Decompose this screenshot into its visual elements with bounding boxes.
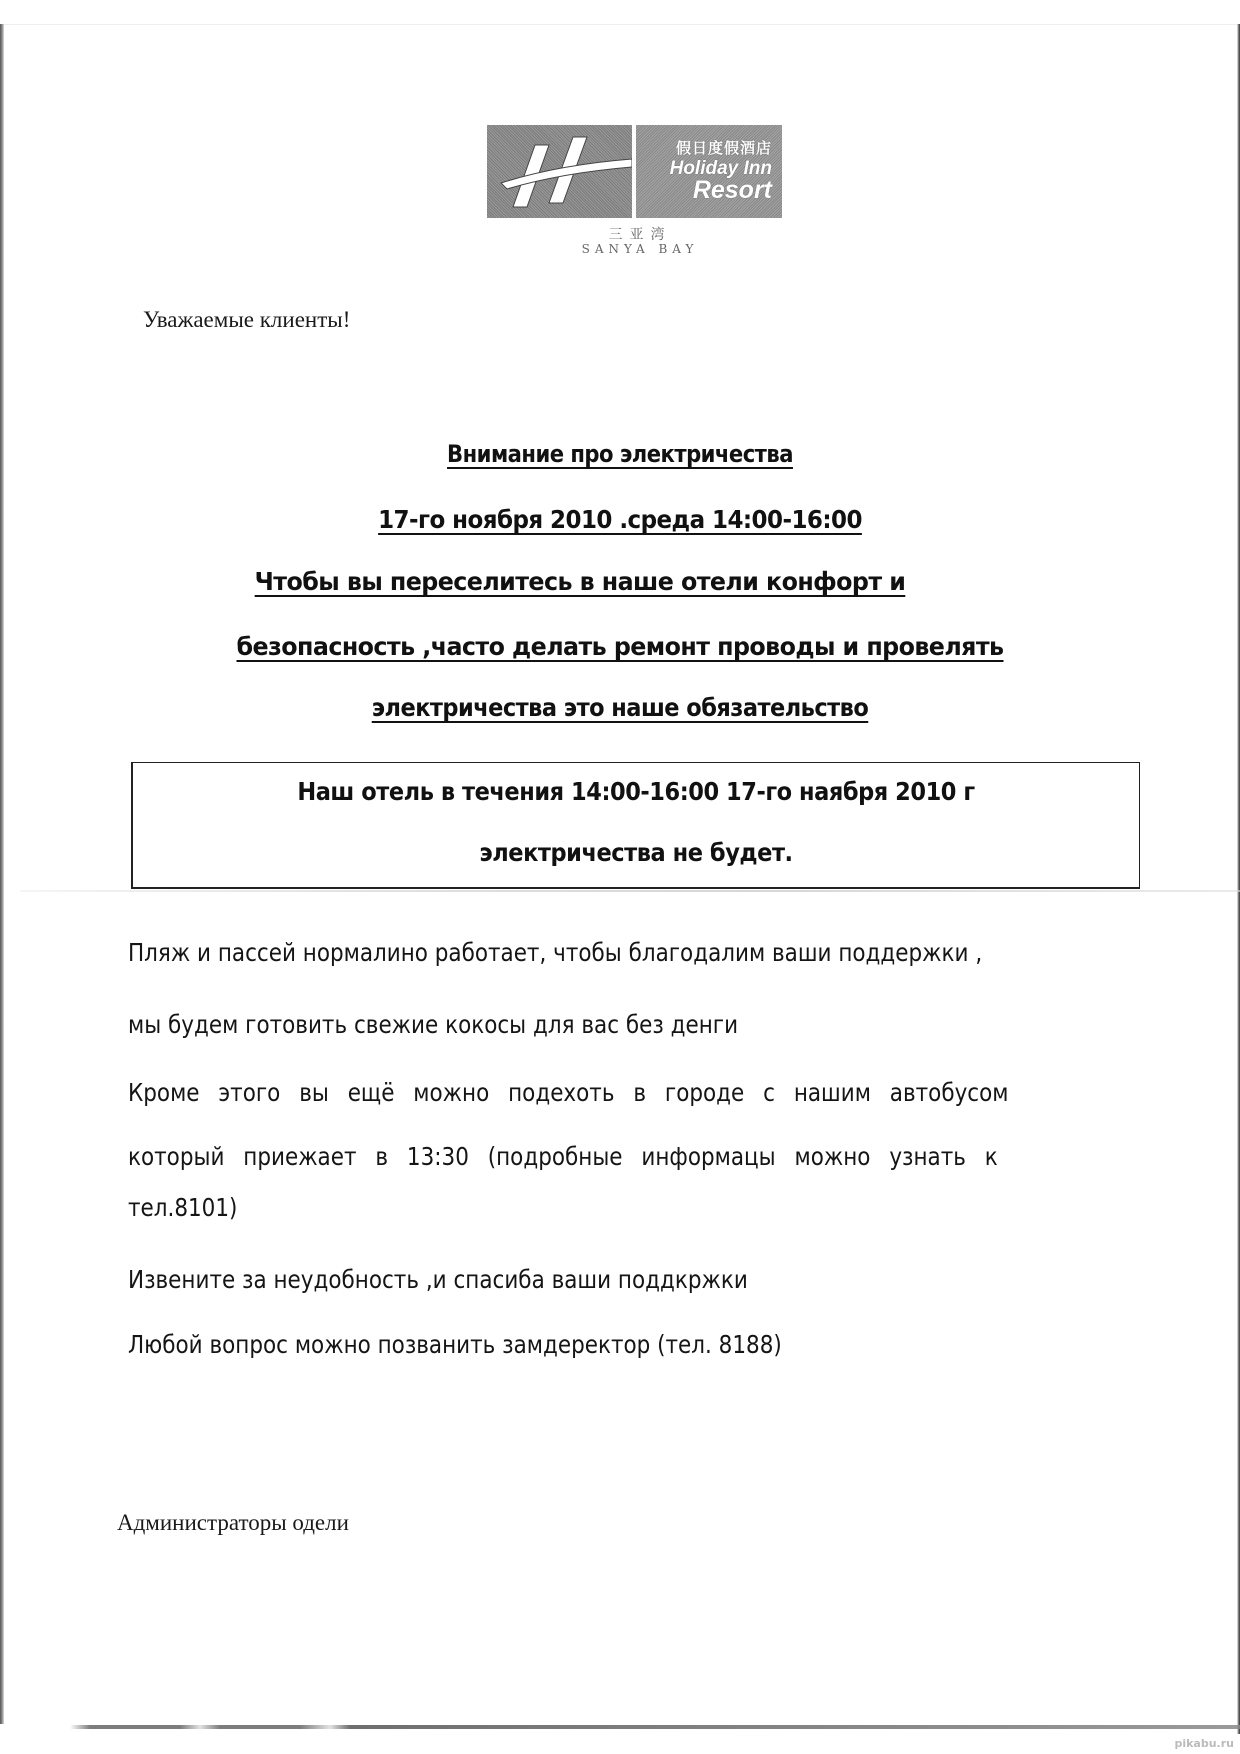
paragraph-bus-line2: который приежает в 13:30 (подробные инфо…: [128, 1142, 998, 1171]
scan-edge-left: [0, 24, 4, 1724]
paragraph-bus-phone: тел.8101): [128, 1193, 237, 1222]
scanned-notice-page: 假日度假酒店 Holiday Inn Resort 三亚湾 SANYA BAY …: [0, 0, 1240, 1754]
heading-reason-line2-text: безопасность ,часто делать ремонт провод…: [236, 632, 1003, 661]
paragraph-coconuts: мы будем готовить свежие кокосы для вас …: [128, 1010, 738, 1039]
logo-text-block: 假日度假酒店 Holiday Inn Resort: [636, 125, 782, 218]
paragraph-apology: Извените за неудобность ,и спасиба ваши …: [128, 1265, 748, 1294]
logo-brand-line2: Resort: [693, 178, 772, 203]
heading-date: 17-го ноября 2010 .среда 14:00-16:00: [50, 505, 1191, 534]
logo-location: 三亚湾 SANYA BAY: [560, 228, 720, 255]
heading-date-text: 17-го ноября 2010 .среда 14:00-16:00: [378, 505, 862, 534]
hotel-logo: 假日度假酒店 Holiday Inn Resort: [487, 125, 782, 218]
watermark: pikabu.ru: [1174, 1737, 1234, 1750]
holiday-inn-h-icon: [487, 125, 632, 218]
heading-reason-line3: электричества это наше обязательство: [62, 693, 1178, 722]
heading-reason-line1: Чтобы вы переселитесь в наше отели конфо…: [0, 567, 1169, 596]
logo-location-en: SANYA BAY: [560, 243, 720, 256]
logo-location-cn: 三亚湾: [560, 228, 720, 243]
heading-reason-line3-text: электричества это наше обязательство: [372, 693, 869, 722]
power-outage-notice-box: Наш отель в течения 14:00-16:00 17-го на…: [131, 762, 1140, 889]
heading-title-text: Внимание про электричества: [447, 440, 793, 468]
notice-line-2: электричества не будет.: [183, 838, 1088, 867]
paragraph-contact: Любой вопрос можно позванить замдеректор…: [128, 1330, 782, 1359]
heading-title: Внимание про электричества: [74, 440, 1165, 468]
notice-line-1: Наш отель в течения 14:00-16:00 17-го на…: [183, 777, 1088, 806]
heading-reason-line2: безопасность ,часто делать ремонт провод…: [31, 632, 1209, 661]
paper-fold-line: [20, 890, 1240, 892]
logo-chinese-name: 假日度假酒店: [676, 141, 772, 156]
scan-edge-top: [0, 24, 1240, 25]
heading-reason-line1-text: Чтобы вы переселитесь в наше отели конфо…: [255, 567, 906, 596]
greeting: Уважаемые клиенты!: [143, 307, 350, 333]
logo-brand-line1: Holiday Inn: [670, 159, 772, 178]
scan-edge-bottom: [0, 1725, 1240, 1729]
paragraph-bus-line1: Кроме этого вы ещё можно подехоть в горо…: [128, 1078, 1009, 1107]
signature: Администраторы одели: [117, 1510, 349, 1536]
paragraph-beach-pool: Пляж и пассей нормалино работает, чтобы …: [128, 938, 982, 967]
